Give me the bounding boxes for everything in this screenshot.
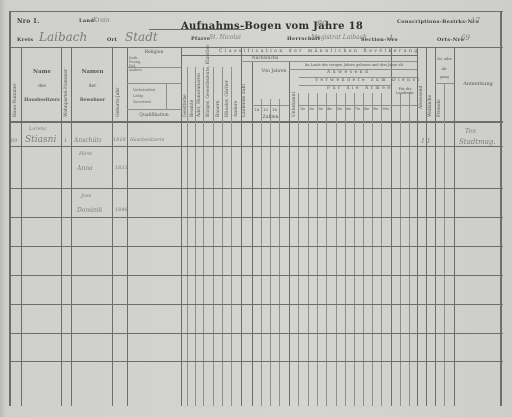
anmerkung-line-1: Ton — [465, 129, 476, 135]
col-line — [127, 47, 128, 406]
row-divider — [9, 304, 503, 305]
hausbesitzer-header-3: Hausbesitzers — [23, 98, 61, 103]
hausbesitzer-firstname: Lorenz — [29, 127, 47, 132]
herrschaft-value: Magistrat Laibach — [311, 35, 367, 41]
haus-nr-header: Haus-Nummer — [13, 83, 18, 117]
year-value: 80 — [317, 20, 327, 28]
anwesend-header: Anwesend — [327, 71, 370, 76]
census-sheet: Nro 1. Land Krain Aufnahms-Bogen vom Jah… — [9, 9, 503, 407]
col-line — [289, 61, 290, 406]
row-divider — [9, 217, 503, 218]
hausbesitzer-surname: Stiasni — [25, 136, 56, 145]
bewohner-name: Anschütz — [74, 138, 102, 144]
von-jahren-header: Von Jahren — [259, 69, 289, 74]
wohnpartei-header: Wohnpartei-Nummer — [64, 69, 69, 117]
section-value: 1 — [389, 35, 393, 42]
vorjahr-header: Im Laufe des vorigen Jahres geboren und … — [291, 63, 417, 67]
bewohner-firstname: Hirst — [79, 152, 92, 157]
col-line — [61, 47, 62, 406]
bewohner-firstname: Jose — [81, 194, 92, 199]
pfarre-value: St. Nicolai — [209, 35, 241, 41]
land-label: Land — [79, 19, 94, 24]
birth-year: 1833 — [115, 166, 128, 171]
qualification-value: Hausbesitzerin — [130, 139, 164, 144]
armee-header: Für die Armee — [327, 87, 393, 92]
col-line — [71, 47, 72, 406]
row-divider — [9, 146, 503, 147]
bewohner-header-3: Bewohner — [73, 98, 112, 103]
hausbesitzer-header-1: Name — [23, 69, 61, 75]
kreis-label: Kreis — [17, 38, 33, 43]
col-line — [417, 47, 418, 406]
tally-marks: 1 1 — [421, 139, 431, 145]
religion-header: Religion — [127, 50, 181, 55]
col-line — [426, 47, 427, 406]
kreis-value: Laibach — [39, 31, 87, 43]
header-bottom — [9, 121, 503, 123]
nachwuchs-header: Nachwuchs — [241, 56, 289, 61]
bewohner-name: Dominik — [77, 208, 102, 214]
col-line — [252, 61, 253, 406]
hausbesitzer-header-2: des — [23, 84, 61, 89]
bewohner-header-1: Namen — [73, 69, 112, 75]
col-line — [435, 47, 436, 406]
col-line — [454, 47, 455, 406]
row-divider — [9, 246, 503, 247]
geburtsjahr-header: Geburts-Jahr — [116, 88, 121, 117]
col-line — [391, 47, 392, 406]
birth-year: 1848 — [115, 208, 128, 213]
col-line — [112, 47, 113, 406]
header-divider — [9, 47, 503, 48]
ortsnr-value: 69 — [461, 35, 470, 42]
scanned-form-page: Nro 1. Land Krain Aufnahms-Bogen vom Jah… — [0, 0, 512, 417]
conscription-value: 17 — [471, 18, 480, 25]
haus-nr-value: 69 — [11, 139, 17, 144]
anmerkung-header: Anmerkung — [456, 81, 500, 87]
pfarre-label: Pfarre — [191, 37, 210, 42]
frame-right — [500, 11, 502, 406]
col-line — [181, 47, 182, 406]
form-title: Aufnahms-Bogen vom Jahre 18 — [181, 22, 363, 32]
anmerkung-line-2: Stadtmag. — [459, 139, 496, 146]
ort-value: Stadt — [125, 31, 158, 43]
qualification-header: Qualifikation — [127, 113, 181, 118]
bewohner-header-2: der — [73, 84, 112, 89]
row-divider — [9, 361, 503, 362]
birth-year: 1818 — [113, 138, 126, 143]
ort-label: Ort — [107, 38, 117, 43]
partei-nr-value: 1 — [64, 139, 67, 144]
conscription-label: Conscriptions-Bezirks-Nro — [397, 20, 479, 25]
row-divider — [9, 333, 503, 334]
frame-left — [9, 11, 11, 406]
verwendete-header: Verwendete zum Dienst — [315, 79, 422, 84]
land-value: Krain — [93, 18, 110, 24]
classification-header: Classification der männlichen Bevölkerun… — [219, 50, 420, 55]
row-divider — [9, 188, 503, 189]
bewohner-name: Anna — [77, 166, 93, 172]
col-line — [21, 47, 22, 406]
row-divider — [9, 275, 503, 276]
form-number: Nro 1. — [17, 19, 40, 25]
